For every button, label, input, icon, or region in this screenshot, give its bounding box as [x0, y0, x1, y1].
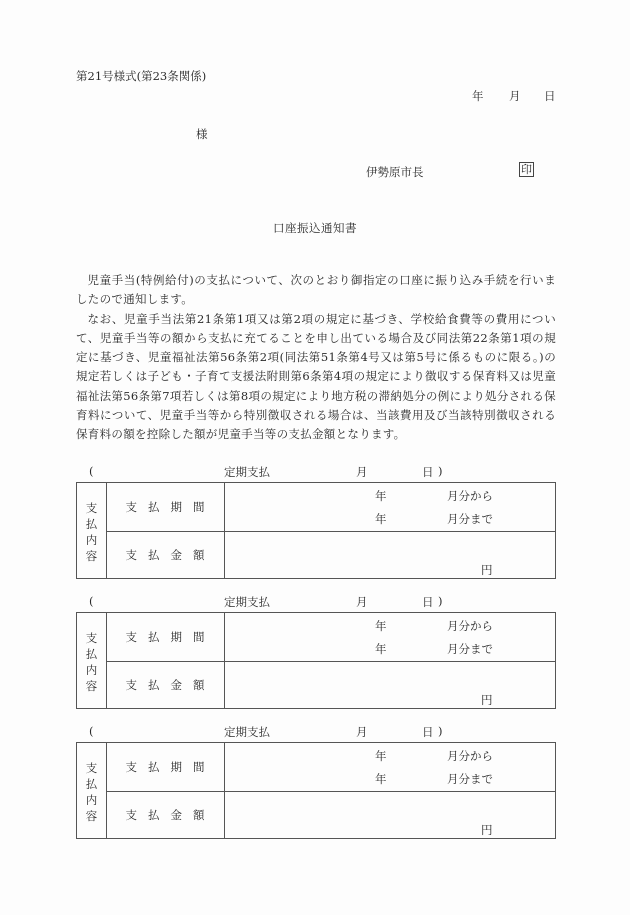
amount-row: 支払金額 円	[107, 531, 555, 578]
period-to-year: 年	[375, 511, 387, 527]
category-cell: 支払内容	[77, 483, 107, 578]
header-month: 月	[356, 464, 368, 480]
period-row: 支払期間 年 月分から 年 月分まで	[107, 613, 555, 662]
period-value: 年 月分から 年 月分まで	[225, 613, 555, 661]
document-title: 口座振込通知書	[0, 220, 630, 236]
date-year: 年	[472, 88, 484, 104]
date-month: 月	[509, 88, 521, 104]
period-from-month: 月分から	[447, 748, 493, 764]
header-open-paren: (	[89, 464, 94, 478]
amount-unit: 円	[481, 692, 493, 708]
section-header: ( 定期支払 月 日 )	[76, 594, 556, 612]
period-to-month: 月分まで	[447, 511, 493, 527]
period-to-year: 年	[375, 771, 387, 787]
period-from-year: 年	[375, 618, 387, 634]
period-from-year: 年	[375, 748, 387, 764]
header-label: 定期支払	[224, 724, 270, 740]
header-close-paren: )	[438, 594, 443, 608]
period-value: 年 月分から 年 月分まで	[225, 483, 555, 531]
amount-value: 円	[225, 661, 555, 708]
category-cell: 支払内容	[77, 743, 107, 838]
header-day: 日	[422, 464, 434, 480]
amount-row: 支払金額 円	[107, 791, 555, 838]
header-close-paren: )	[438, 724, 443, 738]
amount-unit: 円	[481, 822, 493, 838]
category-label: 支払内容	[77, 630, 106, 694]
period-label: 支払期間	[107, 483, 225, 531]
payment-table: 支払内容 支払期間 年 月分から 年 月分まで 支払金額 円	[76, 742, 556, 839]
category-label: 支払内容	[77, 500, 106, 564]
form-number: 第21号様式(第23条関係)	[76, 68, 206, 84]
amount-label: 支払金額	[107, 531, 225, 578]
header-day: 日	[422, 594, 434, 610]
period-to-month: 月分まで	[447, 641, 493, 657]
period-from-month: 月分から	[447, 488, 493, 504]
header-close-paren: )	[438, 464, 443, 478]
category-text: 支払内容	[86, 500, 98, 564]
payment-table: 支払内容 支払期間 年 月分から 年 月分まで 支払金額 円	[76, 612, 556, 709]
period-value: 年 月分から 年 月分まで	[225, 743, 555, 791]
header-month: 月	[356, 724, 368, 740]
header-label: 定期支払	[224, 464, 270, 480]
payment-section: ( 定期支払 月 日 ) 支払内容 支払期間 年 月分から 年 月分まで	[76, 594, 556, 709]
payment-table: 支払内容 支払期間 年 月分から 年 月分まで 支払金額 円	[76, 482, 556, 579]
payment-section: ( 定期支払 月 日 ) 支払内容 支払期間 年 月分から 年 月分まで	[76, 464, 556, 579]
body-paragraph: 児童手当(特例給付)の支払について、次のとおり御指定の口座に振り込み手続を行いま…	[76, 271, 556, 310]
header-open-paren: (	[89, 594, 94, 608]
period-from-month: 月分から	[447, 618, 493, 634]
section-header: ( 定期支払 月 日 )	[76, 464, 556, 482]
period-row: 支払期間 年 月分から 年 月分まで	[107, 743, 555, 792]
header-month: 月	[356, 594, 368, 610]
recipient-suffix: 様	[196, 126, 208, 142]
period-to-month: 月分まで	[447, 771, 493, 787]
header-day: 日	[422, 724, 434, 740]
issuer-name: 伊勢原市長	[366, 164, 424, 180]
period-to-year: 年	[375, 641, 387, 657]
body-paragraph: なお、児童手当法第21条第1項又は第2項の規定に基づき、学校給食費等の費用につい…	[76, 310, 556, 445]
amount-label: 支払金額	[107, 661, 225, 708]
section-header: ( 定期支払 月 日 )	[76, 724, 556, 742]
period-label: 支払期間	[107, 743, 225, 791]
header-label: 定期支払	[224, 594, 270, 610]
seal-mark: 印	[519, 162, 534, 177]
period-label: 支払期間	[107, 613, 225, 661]
payment-section: ( 定期支払 月 日 ) 支払内容 支払期間 年 月分から 年 月分まで	[76, 724, 556, 839]
category-cell: 支払内容	[77, 613, 107, 708]
period-row: 支払期間 年 月分から 年 月分まで	[107, 483, 555, 532]
header-open-paren: (	[89, 724, 94, 738]
amount-label: 支払金額	[107, 791, 225, 838]
category-text: 支払内容	[86, 630, 98, 694]
amount-unit: 円	[481, 562, 493, 578]
category-label: 支払内容	[77, 760, 106, 824]
category-text: 支払内容	[86, 760, 98, 824]
period-from-year: 年	[375, 488, 387, 504]
amount-value: 円	[225, 791, 555, 838]
body-text: 児童手当(特例給付)の支払について、次のとおり御指定の口座に振り込み手続を行いま…	[76, 271, 556, 445]
date-day: 日	[544, 88, 556, 104]
amount-row: 支払金額 円	[107, 661, 555, 708]
amount-value: 円	[225, 531, 555, 578]
